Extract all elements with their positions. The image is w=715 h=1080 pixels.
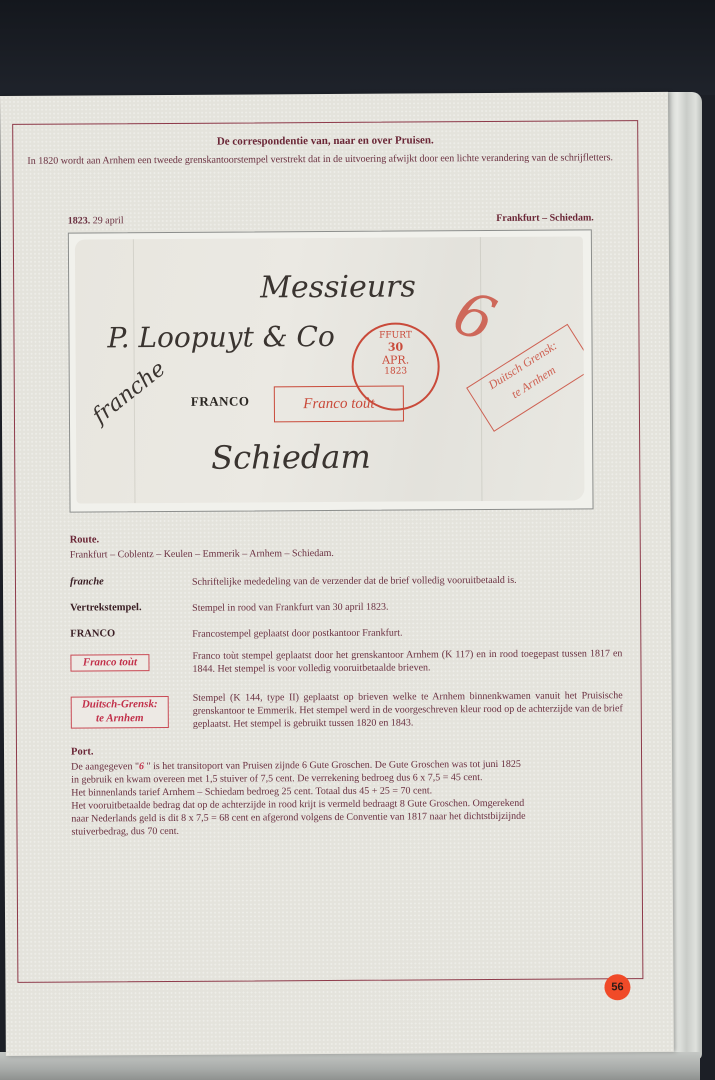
page-frame: De correspondentie van, naar en over Pru… [12, 120, 643, 983]
duitsch-term-line-1: Duitsch-Grensk: [72, 697, 168, 712]
postal-cover: Messieurs P. Loopuyt & Co Schiedam franc… [75, 236, 585, 503]
album-bottom-edge [0, 1052, 700, 1080]
legend-desc-duitsch-grensk: Stempel (K 144, type II) geplaatst op br… [193, 689, 623, 731]
legend-desc-franco: Francostempel geplaatst door postkantoor… [192, 625, 622, 641]
frankfurt-circle-stamp: FFURT 30 APR. 1823 [351, 322, 440, 411]
legend-term-franco-tout: Franco toùt [70, 654, 149, 671]
circle-day: 30 [354, 340, 438, 354]
legend-term-vertrekstempel: Vertrekstempel. [70, 602, 142, 613]
route-text: Frankfurt – Coblentz – Keulen – Emmerik … [70, 547, 334, 562]
port-heading: Port. [71, 746, 94, 757]
address-line-2: P. Loopuyt & Co [107, 320, 335, 354]
legend-term-franche: franche [70, 576, 104, 587]
fold-line [480, 237, 483, 501]
cover-date: 1823. 29 april [68, 215, 124, 226]
port-line-1-pre: De aangegeven " [71, 761, 139, 772]
legend-desc-vertrekstempel: Stempel in rood van Frankfurt van 30 apr… [192, 599, 622, 615]
manuscript-franche: franche [88, 356, 171, 429]
port-line-1-post: " is het transitoport van Pruisen zijnde… [144, 759, 521, 772]
address-line-3: Schiedam [211, 438, 371, 477]
address-line-1: Messieurs [260, 269, 416, 305]
page-number-badge: 56 [604, 974, 630, 1000]
port-text: De aangegeven "6 " is het transitoport v… [71, 757, 631, 838]
intro-text: In 1820 wordt aan Arnhem een tweede gren… [27, 151, 623, 168]
legend-desc-franco-tout: Franco toùt stempel geplaatst door het g… [192, 647, 622, 676]
legend-desc-franche: Schriftelijke mededeling van de verzende… [192, 573, 622, 589]
cover-mount: Messieurs P. Loopuyt & Co Schiedam franc… [68, 229, 594, 512]
duitsch-term-line-2: te Arnhem [72, 711, 168, 726]
dark-background [0, 0, 715, 95]
route-heading: Route. [70, 534, 100, 545]
legend-term-franco: FRANCO [70, 628, 115, 639]
cover-year: 1823. [68, 215, 91, 226]
page-title: De correspondentie van, naar en over Pru… [13, 133, 637, 149]
manuscript-rate: 6 [445, 278, 505, 357]
franco-stamp: FRANCO [191, 393, 250, 409]
album-page: De correspondentie van, naar en over Pru… [0, 92, 674, 1056]
circle-town: FFURT [353, 330, 437, 341]
cover-day: 29 april [93, 215, 124, 226]
circle-month: APR. [354, 353, 438, 367]
cover-route-title: Frankfurt – Schiedam. [496, 212, 594, 224]
port-line-6: stuiverbedrag, dus 70 cent. [71, 822, 631, 838]
circle-year: 1823 [354, 366, 438, 377]
legend-term-duitsch-grensk: Duitsch-Grensk: te Arnhem [71, 696, 169, 729]
